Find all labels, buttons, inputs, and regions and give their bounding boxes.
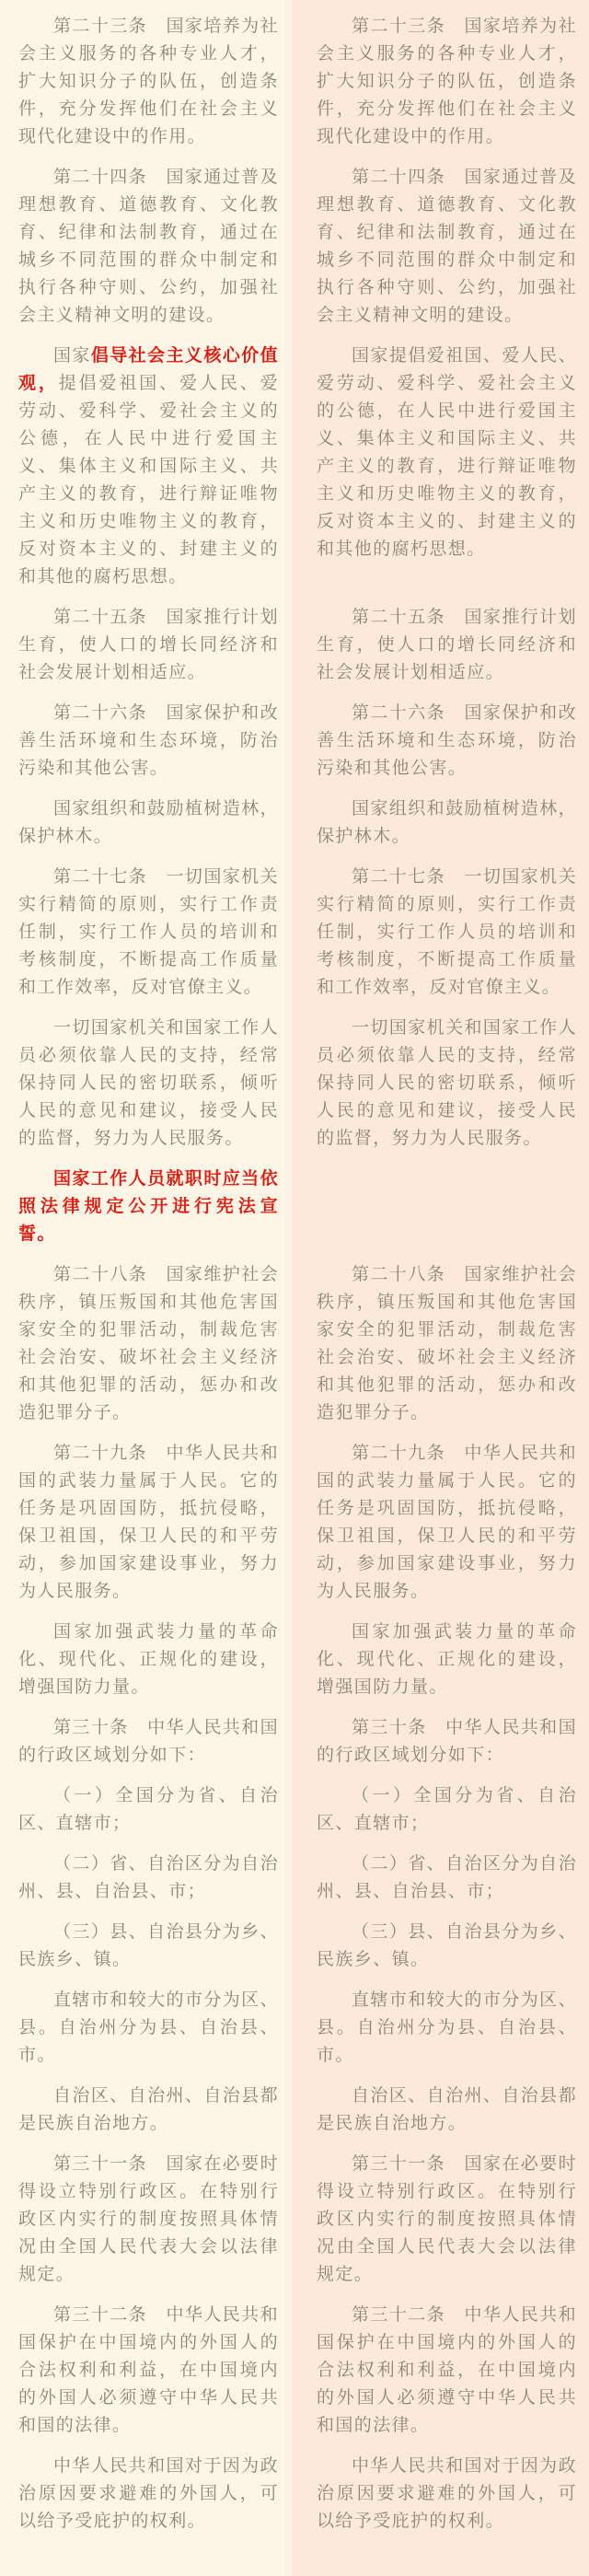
original-column-cell: 直辖市和较大的市分为区、县。自治州分为县、自治县、市。: [292, 1987, 589, 2083]
row-division-item-2: （二）省、自治区分为自治州、县、自治县、市；（二）省、自治区分为自治州、县、自治…: [0, 1851, 589, 1919]
row-article-23: 第二十三条 国家培养为社会主义服务的各种专业人才，扩大知识分子的队伍，创造条件，…: [0, 13, 589, 164]
body-text: （三）县、自治县分为乡、民族乡、镇。: [18, 1922, 279, 1969]
document-rows: 第二十三条 国家培养为社会主义服务的各种专业人才，扩大知识分子的队伍，创造条件，…: [0, 13, 589, 2548]
constitution-oath-amendment-left: 国家工作人员就职时应当依照法律规定公开进行宪法宣誓。: [18, 1166, 279, 1248]
amended-column-cell: （三）县、自治县分为乡、民族乡、镇。: [0, 1919, 292, 1987]
article-23-right: 第二十三条 国家培养为社会主义服务的各种专业人才，扩大知识分子的队伍，创造条件，…: [317, 13, 577, 151]
original-column-cell: （三）县、自治县分为乡、民族乡、镇。: [292, 1919, 589, 1987]
article-30-right: 第三十条 中华人民共和国的行政区域划分如下：: [317, 1714, 577, 1770]
body-text: 第二十八条 国家维护社会秩序，镇压叛国和其他危害国家安全的犯罪活动，制裁危害社会…: [18, 1265, 279, 1422]
original-column-cell: 国家加强武装力量的革命化、现代化、正规化的建设，增强国防力量。: [292, 1619, 589, 1714]
body-text: 第二十三条 国家培养为社会主义服务的各种专业人才，扩大知识分子的队伍，创造条件，…: [317, 17, 577, 146]
amended-column-cell: 第二十五条 国家推行计划生育，使人口的增长同经济和社会发展计划相适应。: [0, 604, 292, 700]
original-column-cell: 第三十一条 国家在必要时得设立特别行政区。在特别行政区内实行的制度按照具体情况由…: [292, 2151, 589, 2302]
original-column-cell: （二）省、自治区分为自治州、县、自治县、市；: [292, 1851, 589, 1919]
row-article-30: 第三十条 中华人民共和国的行政区域划分如下：第三十条 中华人民共和国的行政区域划…: [0, 1714, 589, 1782]
body-text: 一切国家机关和国家工作人员必须依靠人民的支持，经常保持同人民的密切联系，倾听人民…: [18, 1018, 279, 1148]
division-item-1-right: （一）全国分为省、自治区、直辖市；: [317, 1782, 577, 1838]
article-31-left: 第三十一条 国家在必要时得设立特别行政区。在特别行政区内实行的制度按照具体情况由…: [18, 2151, 279, 2289]
body-text: 国家加强武装力量的革命化、现代化、正规化的建设，增强国防力量。: [317, 1622, 577, 1697]
body-text: 第三十二条 中华人民共和国保护在中国境内的外国人的合法权利和利益，在中国境内的外…: [18, 2305, 279, 2435]
article-29-right: 第二十九条 中华人民共和国的武装力量属于人民。它的任务是巩固国防，抵抗侵略，保卫…: [317, 1440, 577, 1606]
row-article-32: 第三十二条 中华人民共和国保护在中国境内的外国人的合法权利和利益，在中国境内的外…: [0, 2302, 589, 2453]
amended-column-cell: 第二十七条 一切国家机关实行精简的原则，实行工作责任制，实行工作人员的培训和考核…: [0, 864, 292, 1015]
body-text: 第三十一条 国家在必要时得设立特别行政区。在特别行政区内实行的制度按照具体情况由…: [18, 2154, 279, 2284]
article-24-values-right: 国家提倡爱祖国、爱人民、爱劳动、爱科学、爱社会主义的公德，在人民中进行爱国主义、…: [317, 342, 577, 563]
original-column-cell: 第三十二条 中华人民共和国保护在中国境内的外国人的合法权利和利益，在中国境内的外…: [292, 2302, 589, 2453]
division-item-3-left: （三）县、自治县分为乡、民族乡、镇。: [18, 1919, 279, 1974]
body-text: 中华人民共和国对于因为政治原因要求避难的外国人，可以给予受庇护的权利。: [317, 2456, 577, 2531]
political-asylum-right: 中华人民共和国对于因为政治原因要求避难的外国人，可以给予受庇护的权利。: [317, 2453, 577, 2535]
afforestation-right: 国家组织和鼓励植树造林，保护林木。: [317, 795, 577, 851]
body-text: 第二十四条 国家通过普及理想教育、道德教育、文化教育、纪律和法制教育，通过在城乡…: [18, 168, 279, 325]
row-article-24-values: 国家倡导社会主义核心价值观，提倡爱祖国、爱人民、爱劳动、爱科学、爱社会主义的公德…: [0, 342, 589, 604]
article-25-right: 第二十五条 国家推行计划生育，使人口的增长同经济和社会发展计划相适应。: [317, 604, 577, 687]
body-text: （一）全国分为省、自治区、直辖市；: [18, 1786, 279, 1833]
article-25-left: 第二十五条 国家推行计划生育，使人口的增长同经济和社会发展计划相适应。: [18, 604, 279, 687]
body-text: 第二十七条 一切国家机关实行精简的原则，实行工作责任制，实行工作人员的培训和考核…: [18, 867, 279, 997]
amended-column-cell: 国家组织和鼓励植树造林，保护林木。: [0, 795, 292, 864]
article-32-left: 第三十二条 中华人民共和国保护在中国境内的外国人的合法权利和利益，在中国境内的外…: [18, 2302, 279, 2440]
municipalities-districts-left: 直辖市和较大的市分为区、县。自治州分为县、自治县、市。: [18, 1987, 279, 2070]
constitution-comparison-page: 第二十三条 国家培养为社会主义服务的各种专业人才，扩大知识分子的队伍，创造条件，…: [0, 0, 589, 2576]
original-column-cell: [292, 1166, 589, 1261]
row-afforestation: 国家组织和鼓励植树造林，保护林木。国家组织和鼓励植树造林，保护林木。: [0, 795, 589, 864]
body-text: 直辖市和较大的市分为区、县。自治州分为县、自治县、市。: [317, 1990, 577, 2065]
amended-column-cell: 一切国家机关和国家工作人员必须依靠人民的支持，经常保持同人民的密切联系，倾听人民…: [0, 1015, 292, 1166]
original-column-cell: 国家提倡爱祖国、爱人民、爱劳动、爱科学、爱社会主义的公德，在人民中进行爱国主义、…: [292, 342, 589, 604]
article-32-right: 第三十二条 中华人民共和国保护在中国境内的外国人的合法权利和利益，在中国境内的外…: [317, 2302, 577, 2440]
armed-forces-building-right: 国家加强武装力量的革命化、现代化、正规化的建设，增强国防力量。: [317, 1619, 577, 1701]
body-text: 自治区、自治州、自治县都是民族自治地方。: [18, 2086, 279, 2133]
article-30-left: 第三十条 中华人民共和国的行政区域划分如下：: [18, 1714, 279, 1770]
row-political-asylum: 中华人民共和国对于因为政治原因要求避难的外国人，可以给予受庇护的权利。中华人民共…: [0, 2453, 589, 2548]
amended-column-cell: 第二十三条 国家培养为社会主义服务的各种专业人才，扩大知识分子的队伍，创造条件，…: [0, 13, 292, 164]
original-column-cell: 第二十七条 一切国家机关实行精简的原则，实行工作责任制，实行工作人员的培训和考核…: [292, 864, 589, 1015]
article-26-right: 第二十六条 国家保护和改善生活环境和生态环境，防治污染和其他公害。: [317, 700, 577, 783]
original-column-cell: 国家组织和鼓励植树造林，保护林木。: [292, 795, 589, 864]
original-column-cell: 一切国家机关和国家工作人员必须依靠人民的支持，经常保持同人民的密切联系，倾听人民…: [292, 1015, 589, 1166]
row-article-24: 第二十四条 国家通过普及理想教育、道德教育、文化教育、纪律和法制教育，通过在城乡…: [0, 164, 589, 342]
row-article-27: 第二十七条 一切国家机关实行精简的原则，实行工作责任制，实行工作人员的培训和考核…: [0, 864, 589, 1015]
body-text: 国家: [53, 346, 91, 366]
original-column-cell: 中华人民共和国对于因为政治原因要求避难的外国人，可以给予受庇护的权利。: [292, 2453, 589, 2548]
armed-forces-building-left: 国家加强武装力量的革命化、现代化、正规化的建设，增强国防力量。: [18, 1619, 279, 1701]
article-27-right: 第二十七条 一切国家机关实行精简的原则，实行工作责任制，实行工作人员的培训和考核…: [317, 864, 577, 1002]
body-text: 国家组织和鼓励植树造林，保护林木。: [317, 799, 577, 846]
amendment-highlight-text: 国家工作人员就职时应当依照法律规定公开进行宪法宣誓。: [18, 1169, 279, 1244]
row-constitution-oath-amendment: 国家工作人员就职时应当依照法律规定公开进行宪法宣誓。: [0, 1166, 589, 1261]
row-state-organs-serve-people: 一切国家机关和国家工作人员必须依靠人民的支持，经常保持同人民的密切联系，倾听人民…: [0, 1015, 589, 1166]
body-text: 第二十六条 国家保护和改善生活环境和生态环境，防治污染和其他公害。: [317, 703, 577, 778]
row-article-31: 第三十一条 国家在必要时得设立特别行政区。在特别行政区内实行的制度按照具体情况由…: [0, 2151, 589, 2302]
row-division-item-1: （一）全国分为省、自治区、直辖市；（一）全国分为省、自治区、直辖市；: [0, 1782, 589, 1851]
municipalities-districts-right: 直辖市和较大的市分为区、县。自治州分为县、自治县、市。: [317, 1987, 577, 2070]
amended-column-cell: 第三十一条 国家在必要时得设立特别行政区。在特别行政区内实行的制度按照具体情况由…: [0, 2151, 292, 2302]
article-24-right: 第二十四条 国家通过普及理想教育、道德教育、文化教育、纪律和法制教育，通过在城乡…: [317, 164, 577, 330]
body-text: 国家加强武装力量的革命化、现代化、正规化的建设，增强国防力量。: [18, 1622, 279, 1697]
article-28-left: 第二十八条 国家维护社会秩序，镇压叛国和其他危害国家安全的犯罪活动，制裁危害社会…: [18, 1261, 279, 1427]
original-column-cell: 第三十条 中华人民共和国的行政区域划分如下：: [292, 1714, 589, 1782]
amended-column-cell: 直辖市和较大的市分为区、县。自治州分为县、自治县、市。: [0, 1987, 292, 2083]
row-article-29: 第二十九条 中华人民共和国的武装力量属于人民。它的任务是巩固国防，抵抗侵略，保卫…: [0, 1440, 589, 1619]
article-26-left: 第二十六条 国家保护和改善生活环境和生态环境，防治污染和其他公害。: [18, 700, 279, 783]
autonomous-areas-right: 自治区、自治州、自治县都是民族自治地方。: [317, 2083, 577, 2138]
row-article-28: 第二十八条 国家维护社会秩序，镇压叛国和其他危害国家安全的犯罪活动，制裁危害社会…: [0, 1261, 589, 1440]
body-text: 自治区、自治州、自治县都是民族自治地方。: [317, 2086, 577, 2133]
state-organs-serve-people-right: 一切国家机关和国家工作人员必须依靠人民的支持，经常保持同人民的密切联系，倾听人民…: [317, 1015, 577, 1153]
row-armed-forces-building: 国家加强武装力量的革命化、现代化、正规化的建设，增强国防力量。国家加强武装力量的…: [0, 1619, 589, 1714]
body-text: 国家组织和鼓励植树造林，保护林木。: [18, 799, 279, 846]
amended-column-cell: 国家工作人员就职时应当依照法律规定公开进行宪法宣誓。: [0, 1166, 292, 1261]
division-item-2-left: （二）省、自治区分为自治州、县、自治县、市；: [18, 1851, 279, 1906]
row-municipalities-districts: 直辖市和较大的市分为区、县。自治州分为县、自治县、市。直辖市和较大的市分为区、县…: [0, 1987, 589, 2083]
original-column-cell: 第二十四条 国家通过普及理想教育、道德教育、文化教育、纪律和法制教育，通过在城乡…: [292, 164, 589, 342]
autonomous-areas-left: 自治区、自治州、自治县都是民族自治地方。: [18, 2083, 279, 2138]
body-text: 第三十一条 国家在必要时得设立特别行政区。在特别行政区内实行的制度按照具体情况由…: [317, 2154, 577, 2284]
body-text: 第二十六条 国家保护和改善生活环境和生态环境，防治污染和其他公害。: [18, 703, 279, 778]
amended-column-cell: 国家倡导社会主义核心价值观，提倡爱祖国、爱人民、爱劳动、爱科学、爱社会主义的公德…: [0, 342, 292, 604]
row-division-item-3: （三）县、自治县分为乡、民族乡、镇。（三）县、自治县分为乡、民族乡、镇。: [0, 1919, 589, 1987]
state-organs-serve-people-left: 一切国家机关和国家工作人员必须依靠人民的支持，经常保持同人民的密切联系，倾听人民…: [18, 1015, 279, 1153]
body-text: 第二十五条 国家推行计划生育，使人口的增长同经济和社会发展计划相适应。: [317, 608, 577, 682]
body-text: （二）省、自治区分为自治州、县、自治县、市；: [317, 1854, 577, 1901]
article-24-left: 第二十四条 国家通过普及理想教育、道德教育、文化教育、纪律和法制教育，通过在城乡…: [18, 164, 279, 330]
amended-column-cell: 第二十九条 中华人民共和国的武装力量属于人民。它的任务是巩固国防，抵抗侵略，保卫…: [0, 1440, 292, 1619]
body-text: 第二十四条 国家通过普及理想教育、道德教育、文化教育、纪律和法制教育，通过在城乡…: [317, 168, 577, 325]
body-text: 提倡爱祖国、爱人民、爱劳动、爱科学、爱社会主义的公德，在人民中进行爱国主义、集体…: [18, 374, 279, 586]
original-column-cell: （一）全国分为省、自治区、直辖市；: [292, 1782, 589, 1851]
body-text: 第二十九条 中华人民共和国的武装力量属于人民。它的任务是巩固国防，抵抗侵略，保卫…: [317, 1444, 577, 1601]
article-24-values-left: 国家倡导社会主义核心价值观，提倡爱祖国、爱人民、爱劳动、爱科学、爱社会主义的公德…: [18, 342, 279, 591]
article-31-right: 第三十一条 国家在必要时得设立特别行政区。在特别行政区内实行的制度按照具体情况由…: [317, 2151, 577, 2289]
afforestation-left: 国家组织和鼓励植树造林，保护林木。: [18, 795, 279, 851]
body-text: 第三十条 中华人民共和国的行政区域划分如下：: [18, 1718, 279, 1765]
body-text: 第二十七条 一切国家机关实行精简的原则，实行工作责任制，实行工作人员的培训和考核…: [317, 867, 577, 997]
body-text: 一切国家机关和国家工作人员必须依靠人民的支持，经常保持同人民的密切联系，倾听人民…: [317, 1018, 577, 1148]
body-text: 中华人民共和国对于因为政治原因要求避难的外国人，可以给予受庇护的权利。: [18, 2456, 279, 2531]
amended-column-cell: 第三十二条 中华人民共和国保护在中国境内的外国人的合法权利和利益，在中国境内的外…: [0, 2302, 292, 2453]
amended-column-cell: 第二十四条 国家通过普及理想教育、道德教育、文化教育、纪律和法制教育，通过在城乡…: [0, 164, 292, 342]
original-column-cell: 第二十九条 中华人民共和国的武装力量属于人民。它的任务是巩固国防，抵抗侵略，保卫…: [292, 1440, 589, 1619]
amended-column-cell: 第二十六条 国家保护和改善生活环境和生态环境，防治污染和其他公害。: [0, 700, 292, 795]
body-text: 国家提倡爱祖国、爱人民、爱劳动、爱科学、爱社会主义的公德，在人民中进行爱国主义、…: [317, 346, 577, 559]
amended-column-cell: 中华人民共和国对于因为政治原因要求避难的外国人，可以给予受庇护的权利。: [0, 2453, 292, 2548]
original-column-cell: 第二十五条 国家推行计划生育，使人口的增长同经济和社会发展计划相适应。: [292, 604, 589, 700]
body-text: 第二十八条 国家维护社会秩序，镇压叛国和其他危害国家安全的犯罪活动，制裁危害社会…: [317, 1265, 577, 1422]
row-article-25: 第二十五条 国家推行计划生育，使人口的增长同经济和社会发展计划相适应。第二十五条…: [0, 604, 589, 700]
amended-column-cell: 国家加强武装力量的革命化、现代化、正规化的建设，增强国防力量。: [0, 1619, 292, 1714]
division-item-1-left: （一）全国分为省、自治区、直辖市；: [18, 1782, 279, 1838]
original-column-cell: 第二十三条 国家培养为社会主义服务的各种专业人才，扩大知识分子的队伍，创造条件，…: [292, 13, 589, 164]
body-text: （二）省、自治区分为自治州、县、自治县、市；: [18, 1854, 279, 1901]
article-23-left: 第二十三条 国家培养为社会主义服务的各种专业人才，扩大知识分子的队伍，创造条件，…: [18, 13, 279, 151]
body-text: 第二十三条 国家培养为社会主义服务的各种专业人才，扩大知识分子的队伍，创造条件，…: [18, 17, 279, 146]
amended-column-cell: 自治区、自治州、自治县都是民族自治地方。: [0, 2083, 292, 2151]
body-text: 第三十二条 中华人民共和国保护在中国境内的外国人的合法权利和利益，在中国境内的外…: [317, 2305, 577, 2435]
body-text: 第三十条 中华人民共和国的行政区域划分如下：: [317, 1718, 577, 1765]
row-article-26: 第二十六条 国家保护和改善生活环境和生态环境，防治污染和其他公害。第二十六条 国…: [0, 700, 589, 795]
article-27-left: 第二十七条 一切国家机关实行精简的原则，实行工作责任制，实行工作人员的培训和考核…: [18, 864, 279, 1002]
amended-column-cell: （二）省、自治区分为自治州、县、自治县、市；: [0, 1851, 292, 1919]
article-28-right: 第二十八条 国家维护社会秩序，镇压叛国和其他危害国家安全的犯罪活动，制裁危害社会…: [317, 1261, 577, 1427]
body-text: 第二十九条 中华人民共和国的武装力量属于人民。它的任务是巩固国防，抵抗侵略，保卫…: [18, 1444, 279, 1601]
original-column-cell: 第二十六条 国家保护和改善生活环境和生态环境，防治污染和其他公害。: [292, 700, 589, 795]
division-item-2-right: （二）省、自治区分为自治州、县、自治县、市；: [317, 1851, 577, 1906]
article-29-left: 第二十九条 中华人民共和国的武装力量属于人民。它的任务是巩固国防，抵抗侵略，保卫…: [18, 1440, 279, 1606]
amended-column-cell: （一）全国分为省、自治区、直辖市；: [0, 1782, 292, 1851]
body-text: 第二十五条 国家推行计划生育，使人口的增长同经济和社会发展计划相适应。: [18, 608, 279, 682]
amended-column-cell: 第二十八条 国家维护社会秩序，镇压叛国和其他危害国家安全的犯罪活动，制裁危害社会…: [0, 1261, 292, 1440]
division-item-3-right: （三）县、自治县分为乡、民族乡、镇。: [317, 1919, 577, 1974]
body-text: （三）县、自治县分为乡、民族乡、镇。: [317, 1922, 577, 1969]
political-asylum-left: 中华人民共和国对于因为政治原因要求避难的外国人，可以给予受庇护的权利。: [18, 2453, 279, 2535]
original-column-cell: 第二十八条 国家维护社会秩序，镇压叛国和其他危害国家安全的犯罪活动，制裁危害社会…: [292, 1261, 589, 1440]
body-text: （一）全国分为省、自治区、直辖市；: [317, 1786, 577, 1833]
amended-column-cell: 第三十条 中华人民共和国的行政区域划分如下：: [0, 1714, 292, 1782]
body-text: 直辖市和较大的市分为区、县。自治州分为县、自治县、市。: [18, 1990, 279, 2065]
row-autonomous-areas: 自治区、自治州、自治县都是民族自治地方。自治区、自治州、自治县都是民族自治地方。: [0, 2083, 589, 2151]
original-column-cell: 自治区、自治州、自治县都是民族自治地方。: [292, 2083, 589, 2151]
